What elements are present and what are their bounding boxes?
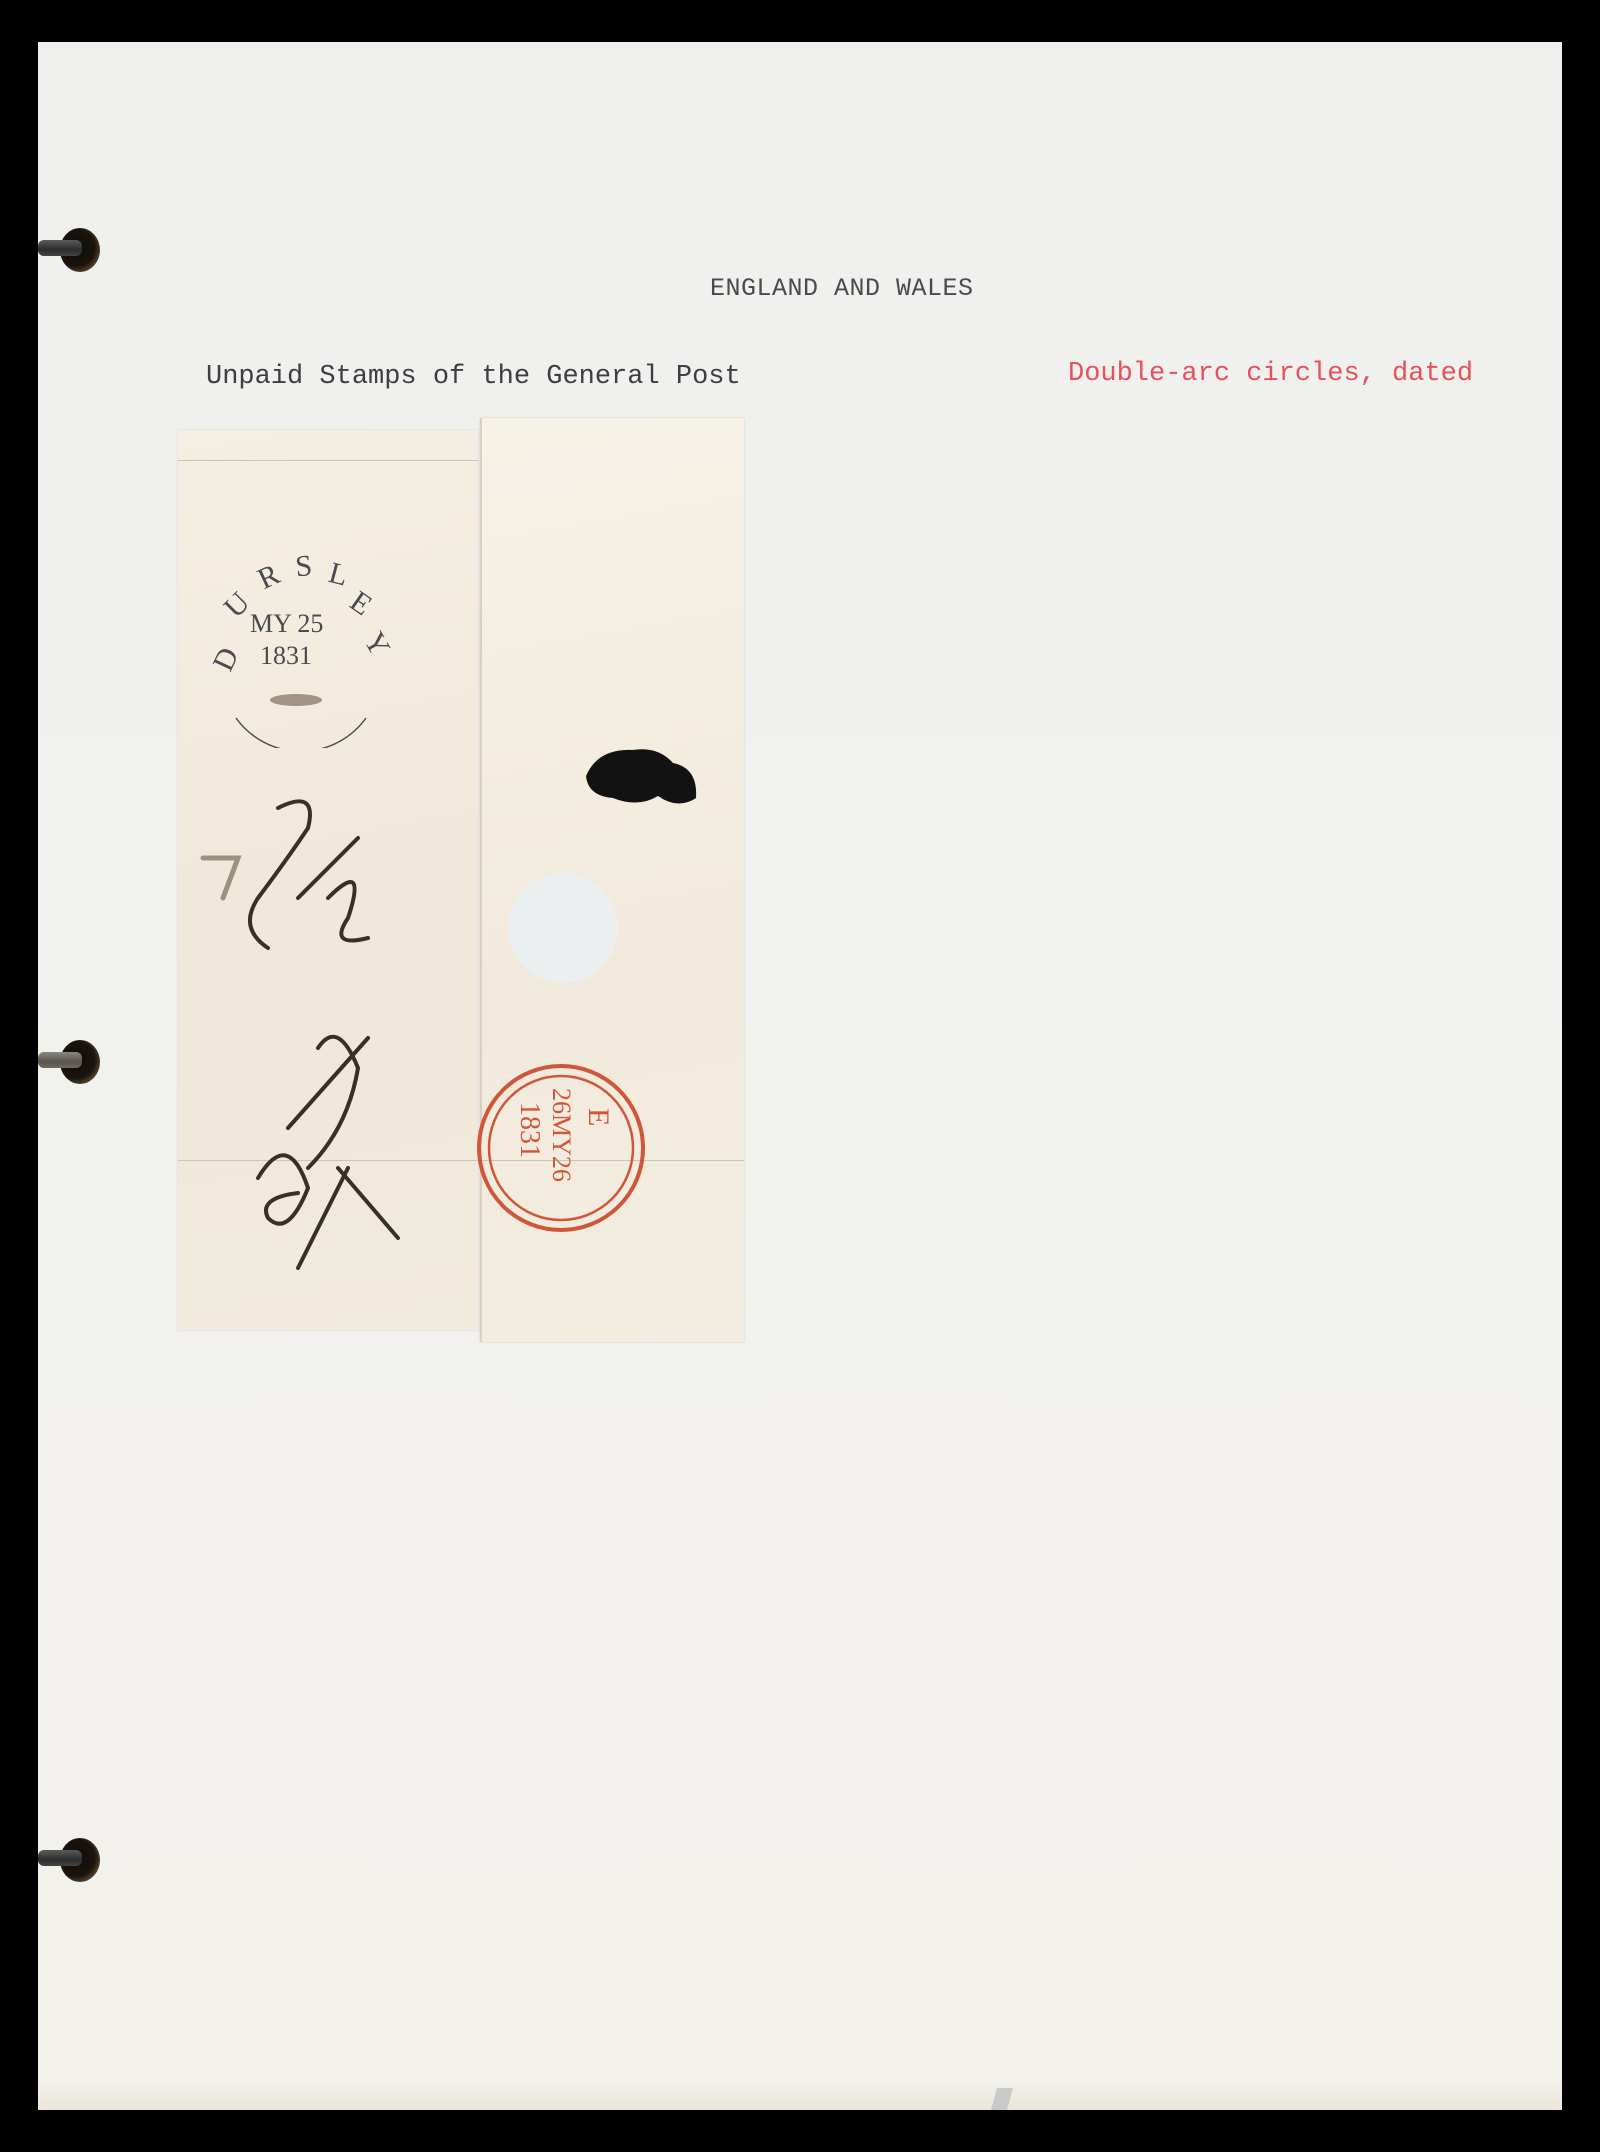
- embossed-seal-wafer: [503, 868, 623, 988]
- svg-text:1831: 1831: [260, 641, 312, 670]
- svg-text:1831: 1831: [514, 1102, 545, 1158]
- svg-text:R: R: [253, 558, 285, 596]
- page-heading: ENGLAND AND WALES: [710, 274, 974, 303]
- svg-text:E: E: [344, 585, 378, 623]
- svg-text:L: L: [325, 556, 351, 593]
- svg-text:E: E: [582, 1108, 615, 1126]
- binder-ring-middle: [38, 1040, 102, 1088]
- london-receiving-postmark: E 26MY26 1831: [463, 1048, 653, 1248]
- svg-text:Y: Y: [357, 626, 396, 661]
- right-caption: Double-arc circles, dated: [1068, 359, 1473, 389]
- fold-line: [178, 460, 478, 461]
- ink-seal-blot: [578, 738, 708, 818]
- svg-text:D: D: [206, 642, 245, 676]
- mounted-cover[interactable]: D U R S L E Y MY 25 1831: [178, 418, 745, 1345]
- background-edge: [0, 2110, 1600, 2150]
- svg-text:MY 25: MY 25: [250, 609, 323, 638]
- svg-text:S: S: [294, 549, 314, 583]
- manuscript-rate-marks: [198, 748, 468, 1308]
- svg-text:26MY26: 26MY26: [547, 1088, 576, 1182]
- dursley-postmark: D U R S L E Y MY 25 1831: [206, 548, 396, 748]
- binder-ring-top: [38, 228, 102, 276]
- binder-ring-bottom: [38, 1838, 102, 1886]
- left-caption: Unpaid Stamps of the General Post: [206, 362, 741, 392]
